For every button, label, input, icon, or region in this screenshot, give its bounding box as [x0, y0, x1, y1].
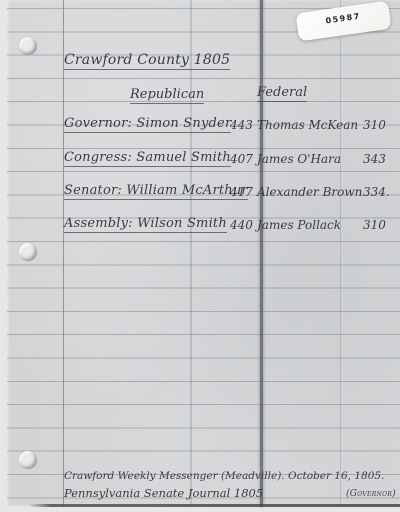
scanned-notebook-page: 05987 Crawford County 1805 Republican Fe… [0, 0, 400, 512]
republican-votes: 407 [230, 152, 253, 166]
office-candidate: Governor: Simon Snyder [64, 116, 231, 133]
column-header-federal: Federal [257, 85, 307, 102]
punch-hole-middle [19, 243, 37, 261]
republican-votes: 443 [230, 118, 253, 132]
citation-journal: Pennsylvania Senate Journal 1805 [64, 486, 263, 500]
citation-note-governor: (Governor) [346, 489, 396, 499]
citation-newspaper: Crawford Weekly Messenger (Meadville). O… [64, 470, 384, 482]
federal-candidate: James O'Hara [257, 152, 341, 166]
paper-crease-right [340, 0, 341, 506]
republican-votes: 440 [230, 218, 253, 232]
result-row-governor: Governor: Simon Snyder 443 Thomas McKean… [0, 116, 400, 140]
result-row-congress: Congress: Samuel Smith 407 James O'Hara … [0, 150, 400, 174]
binding-crease [260, 0, 263, 506]
page-title: Crawford County 1805 [64, 52, 230, 70]
sticker-number: 05987 [325, 11, 361, 25]
federal-votes: 343 [363, 152, 386, 166]
paper-crease-left [190, 0, 192, 506]
margin-rule-line [63, 0, 64, 506]
office-candidate: Congress: Samuel Smith [64, 150, 231, 167]
federal-candidate: Alexander Brown [257, 185, 362, 199]
federal-votes: 310 [363, 118, 386, 132]
column-header-republican: Republican [130, 87, 204, 104]
federal-votes: 310 [363, 218, 386, 232]
federal-votes: 334. [363, 185, 390, 199]
federal-candidate: James Pollack [257, 218, 341, 232]
result-row-senator: Senator: William McArthur 417 Alexander … [0, 183, 400, 207]
office-candidate: Senator: William McArthur [64, 183, 248, 200]
office-candidate: Assembly: Wilson Smith [64, 216, 227, 233]
federal-candidate: Thomas McKean [257, 118, 358, 132]
punch-hole-top [19, 37, 37, 55]
punch-hole-bottom [19, 451, 37, 469]
republican-votes: 417 [230, 185, 253, 199]
page-bottom-edge [28, 504, 400, 507]
result-row-assembly: Assembly: Wilson Smith 440 James Pollack… [0, 216, 400, 240]
ruled-lines [7, 8, 400, 505]
